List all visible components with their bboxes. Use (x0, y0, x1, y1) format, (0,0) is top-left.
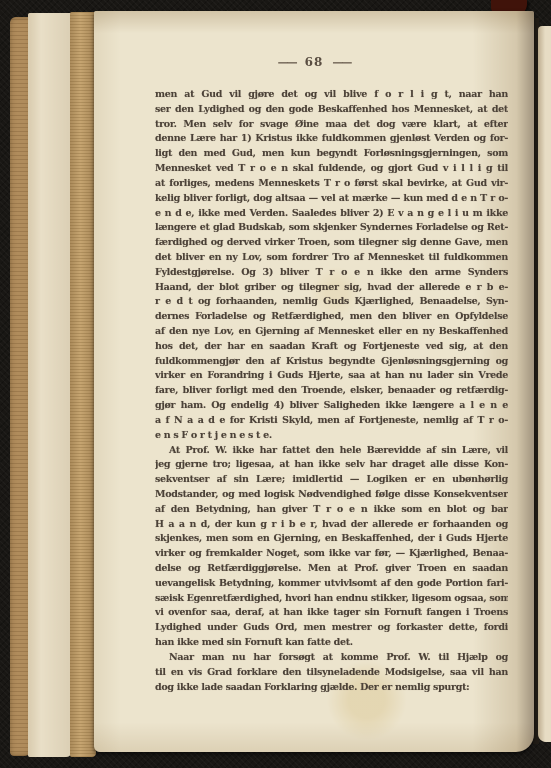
text-line: e n s F o r t j e n e s t e. (155, 429, 508, 444)
text-line: men at Gud vil gjøre det og vil blive f … (155, 88, 508, 103)
text-line: sæisk Egenretfærdighed, hvori han endnu … (155, 592, 508, 607)
text-line: af den nye Lov, en Gjerning af Mennesket… (155, 325, 508, 340)
book-page: —— 68 —— men at Gud vil gjøre det og vil… (94, 11, 534, 752)
text-line: Mennesket ved T r o e n skal fuldende, o… (155, 162, 508, 177)
header-dash-right: —— (332, 56, 350, 69)
text-line: dernes Forladelse og Retfærdighed, men d… (155, 310, 508, 325)
header-dash-left: —— (278, 56, 296, 69)
text-line: Fyldestgjørelse. Og 3) bliver T r o e n … (155, 266, 508, 281)
text-line: hos det, der har en saadan Kraft og Fort… (155, 340, 508, 355)
text-line: kelig bliver forligt, dog altsaa — vel a… (155, 192, 508, 207)
page-edge-strip-inner (70, 12, 96, 757)
text-line: ser den Lydighed og den gode Beskaffenhe… (155, 103, 508, 118)
text-line: Modstander, og med logisk Nødvendighed f… (155, 488, 508, 503)
facing-page-edge (538, 26, 551, 742)
text-line: at forliges, medens Menneskets T r o før… (155, 177, 508, 192)
text-line: af den Betydning, han giver T r o e n ik… (155, 503, 508, 518)
text-line: virker en Forandring i Guds Hjerte, saa … (155, 369, 508, 384)
text-line: virker og fremkalder Noget, som ikke var… (155, 547, 508, 562)
text-line: ligt den med Gud, men kun begyndt Forløs… (155, 147, 508, 162)
text-line: fare, bliver forligt med den Troende, el… (155, 384, 508, 399)
text-line: gjør ham. Og endelig 4) bliver Salighede… (155, 399, 508, 414)
text-line: færdighed og derved virker Troen, som ti… (155, 236, 508, 251)
page-edge-strip-middle (28, 13, 72, 757)
text-line: a f N a a d e for Kristi Skyld, men af F… (155, 414, 508, 429)
text-line: jeg gjerne tro; ligesaa, at han ikke sel… (155, 458, 508, 473)
paragraph: At Prof. W. ikke har fattet den hele Bær… (155, 444, 508, 651)
text-line: e n d e, ikke med Verden. Saaledes blive… (155, 207, 508, 222)
page-number: 68 (305, 55, 324, 69)
page-header: —— 68 —— (94, 55, 534, 69)
text-line: delse og Retfærdiggjørelse. Men at Prof.… (155, 562, 508, 577)
text-line: Naar man nu har forsøgt at komme Prof. W… (155, 651, 508, 666)
text-line: fuldkommengjør den af Kristus begyndte G… (155, 355, 508, 370)
paragraph: Naar man nu har forsøgt at komme Prof. W… (155, 651, 508, 695)
text-line: dog ikke lade saadan Forklaring gjælde. … (155, 681, 508, 696)
text-line: sekventser af sin Lære; imidlertid — Log… (155, 473, 508, 488)
text-line: Lydighed under Guds Ord, men mestrer og … (155, 621, 508, 636)
text-line: uevangelisk Betydning, kommer utvivlsomt… (155, 577, 508, 592)
text-line: længere et glad Budskab, som skjenker Sy… (155, 221, 508, 236)
paragraph: men at Gud vil gjøre det og vil blive f … (155, 88, 508, 444)
text-line: til en vis Grad forklare den tilsynelade… (155, 666, 508, 681)
text-line: skjenkes, men som en Gjerning, en Beskaf… (155, 532, 508, 547)
text-line: tror. Men selv for svage Øine maa det do… (155, 118, 508, 133)
book-photo: —— 68 —— men at Gud vil gjøre det og vil… (0, 0, 551, 768)
text-line: denne Lære har 1) Kristus ikke fuldkomme… (155, 132, 508, 147)
text-line: r e d t og forhaanden, nemlig Guds Kjærl… (155, 295, 508, 310)
text-line: vi ovenfor saa, deraf, at han ikke tager… (155, 606, 508, 621)
text-line: H a a n d, der kun g r i b e r, hvad der… (155, 518, 508, 533)
text-block: men at Gud vil gjøre det og vil blive f … (155, 88, 508, 695)
text-line: han ikke med sin Fornuft kan fatte det. (155, 636, 508, 651)
text-line: Haand, der blot griber og tilegner sig, … (155, 281, 508, 296)
text-line: At Prof. W. ikke har fattet den hele Bær… (155, 444, 508, 459)
text-line: det bliver en ny Lov, som fordrer Tro af… (155, 251, 508, 266)
